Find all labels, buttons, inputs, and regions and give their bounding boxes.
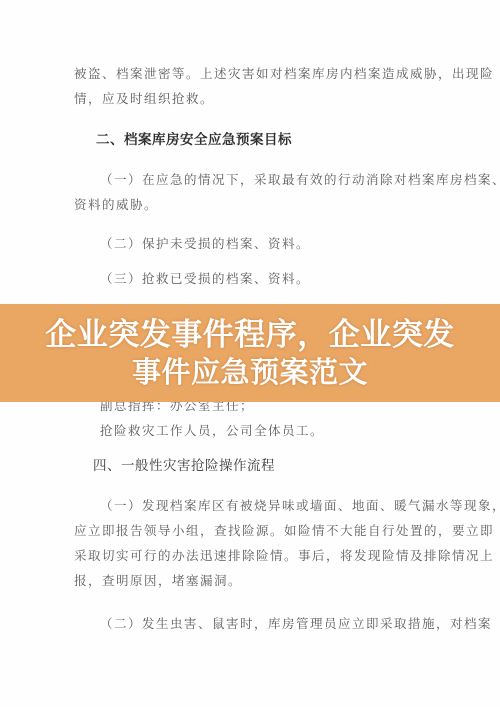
paragraph-line: 资料的威胁。 (74, 197, 158, 213)
paragraph-line: 被盗、档案泄密等。上述灾害如对档案库房内档案造成威胁，出现险 (74, 66, 494, 82)
banner-title-line-2: 事件应急预案范文 (0, 354, 500, 390)
section-heading-2: 二、档案库房安全应急预案目标 (96, 131, 292, 149)
paragraph-line: 应立即报告领导小组，查找险源。如险情不大能自行处置的，要立即 (74, 523, 494, 539)
banner-title-line-1: 企业突发事件程序，企业突发 (0, 316, 500, 354)
title-banner: 企业突发事件程序，企业突发 事件应急预案范文 (0, 304, 500, 402)
paragraph-line: （一）发现档案库区有被烧异味或墙面、地面、暖气漏水等现象， (100, 498, 500, 514)
paragraph-line: 抢险救灾工作人员，公司全体员工。 (100, 423, 324, 439)
paragraph-line: （二）保护未受损的档案、资料。 (100, 236, 310, 252)
paragraph-line: （一）在应急的情况下，采取最有效的行动消除对档案库房档案、 (100, 172, 500, 188)
paragraph-line: （三）抢救已受损的档案、资料。 (100, 271, 310, 287)
paragraph-line: 报，查明原因，堵塞漏洞。 (74, 573, 242, 589)
paragraph-line: （二）发生虫害、鼠害时，库房管理员应立即采取措施，对档案 (100, 616, 492, 632)
section-heading-4: 四、一般性灾害抢险操作流程 (93, 457, 275, 475)
paragraph-line: 采取切实可行的办法迅速排除险情。事后，将发现险情及排除情况上 (74, 548, 494, 564)
paragraph-line: 情，应及时组织抢救。 (74, 91, 214, 107)
